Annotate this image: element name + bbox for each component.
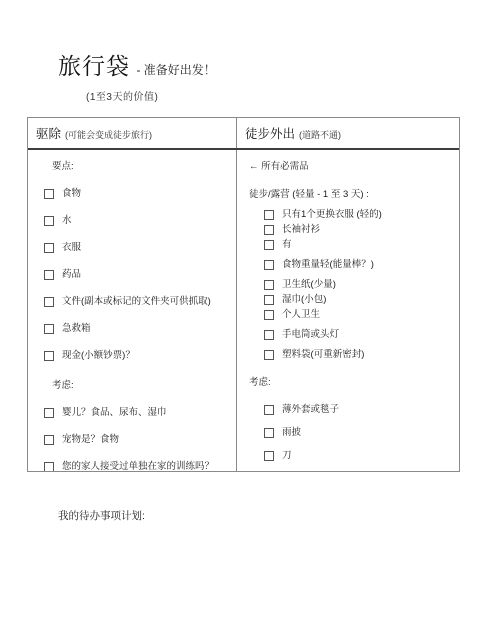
checkbox[interactable] (44, 243, 54, 253)
checkbox[interactable] (264, 428, 274, 438)
item-label: 手电筒或头灯 (282, 329, 339, 340)
checklist-item: 急救箱 (44, 323, 228, 334)
section-label: 考虑: (249, 374, 453, 388)
checkbox[interactable] (264, 310, 274, 320)
item-label: 湿巾(小包) (282, 294, 326, 305)
checkbox[interactable] (44, 462, 54, 472)
checkbox[interactable] (264, 350, 274, 360)
checkbox[interactable] (264, 260, 274, 270)
header-cell-driving: 驱除(可能会变成徒步旅行) (28, 118, 237, 148)
todo-heading: 我的待办事项计划: (58, 508, 145, 523)
title-suffix: - 准备好出发！ (136, 63, 215, 77)
item-label: 食物 (62, 188, 81, 199)
item-label: 药品 (62, 269, 81, 280)
checkbox[interactable] (44, 297, 54, 307)
checklist-group: 食物重量轻(能量棒？) (249, 259, 453, 270)
checkbox[interactable] (44, 435, 54, 445)
checklist-group: 卫生纸(少量)湿巾(小包)个人卫生 (249, 279, 453, 320)
section-label: 徒步/露营 (轻量 - 1 至 3 天) : (249, 186, 453, 200)
checkbox[interactable] (264, 295, 274, 305)
checklist-table: 驱除(可能会变成徒步旅行) 徒步外出(道路不通) 要点:食物水衣服药品文件(副本… (27, 117, 460, 472)
checklist-item: 宠物是？食物 (44, 434, 228, 445)
checklist-item: 只有1个更换衣服 (轻的) (249, 209, 453, 220)
item-label: 长袖衬衫 (282, 224, 320, 235)
checkbox[interactable] (264, 225, 274, 235)
item-label: 衣服 (62, 242, 81, 253)
checklist-item: 湿巾(小包) (249, 294, 453, 305)
item-label: 刀 (282, 450, 292, 461)
page-title: 旅行袋 - 准备好出发！ (58, 48, 216, 81)
checkbox[interactable] (264, 451, 274, 461)
checklist-item: 药品 (44, 269, 228, 280)
checklist-group: 薄外套或毯子雨披刀如果是其他露营装备，请考虑重量 (249, 404, 453, 471)
header-title: 驱除 (36, 127, 61, 141)
item-label: 雨披 (282, 427, 301, 438)
item-label: 现金(小额钞票)？ (62, 350, 135, 361)
checklist-item: 食物重量轻(能量棒？) (249, 259, 453, 270)
checklist-item: 食物 (44, 188, 228, 199)
checklist-item: 长袖衬衫 (249, 224, 453, 235)
item-label: 卫生纸(少量) (282, 279, 336, 290)
header-note: (道路不通) (299, 130, 341, 140)
checklist-item: 个人卫生 (249, 309, 453, 320)
checklist-item: 卫生纸(少量) (249, 279, 453, 290)
checklist-item: 您的家人接受过单独在家的训练吗？ (44, 461, 228, 471)
item-label: 婴儿？食品、尿布、湿巾 (62, 407, 167, 418)
checkbox[interactable] (264, 280, 274, 290)
checklist-item: 塑料袋(可重新密封) (249, 349, 453, 360)
item-label: 水 (62, 215, 72, 226)
item-label: 塑料袋(可重新密封) (282, 349, 364, 360)
checklist-group: 手电筒或头灯 (249, 329, 453, 340)
checkbox[interactable] (264, 405, 274, 415)
checkbox[interactable] (44, 216, 54, 226)
checklist-item: 文件(副本或标记的文件夹可供抓取) (44, 296, 228, 307)
table-header-row: 驱除(可能会变成徒步旅行) 徒步外出(道路不通) (28, 118, 459, 150)
checklist-item: 水 (44, 215, 228, 226)
item-label: 薄外套或毯子 (282, 404, 339, 415)
item-label: 只有1个更换衣服 (轻的) (282, 209, 382, 220)
checklist-item: 薄外套或毯子 (249, 404, 453, 415)
item-label: 急救箱 (62, 323, 91, 334)
subtitle: (1至3天的价值) (86, 88, 158, 103)
item-label: 有 (282, 239, 292, 250)
document-page: 旅行袋 - 准备好出发！ (1至3天的价值) 驱除(可能会变成徒步旅行) 徒步外… (0, 0, 494, 640)
checkbox[interactable] (264, 240, 274, 250)
header-note: (可能会变成徒步旅行) (65, 130, 152, 140)
table-body-row: 要点:食物水衣服药品文件(副本或标记的文件夹可供抓取)急救箱现金(小额钞票)？考… (28, 150, 459, 471)
checkbox[interactable] (44, 189, 54, 199)
header-title: 徒步外出 (245, 127, 295, 141)
title-text: 旅行袋 (58, 53, 130, 79)
item-label: 宠物是？食物 (62, 434, 119, 445)
item-label: 您的家人接受过单独在家的训练吗？ (62, 461, 214, 471)
header-cell-hiking: 徒步外出(道路不通) (237, 118, 459, 148)
checklist-item: 雨披 (249, 427, 453, 438)
checkbox[interactable] (264, 210, 274, 220)
checkbox[interactable] (44, 408, 54, 418)
checklist-group: 塑料袋(可重新密封) (249, 349, 453, 360)
checklist-group: 只有1个更换衣服 (轻的)长袖衬衫有 (249, 209, 453, 250)
item-label: 文件(副本或标记的文件夹可供抓取) (62, 296, 211, 307)
checkbox[interactable] (264, 330, 274, 340)
checkbox[interactable] (44, 270, 54, 280)
checklist-item: 手电筒或头灯 (249, 329, 453, 340)
item-label: 食物重量轻(能量棒？) (282, 259, 374, 270)
checklist-item: 有 (249, 239, 453, 250)
checklist-item: 刀 (249, 450, 453, 461)
arrow-note: ← 所有必需品 (249, 158, 453, 172)
checklist-item: 衣服 (44, 242, 228, 253)
column-hiking: ← 所有必需品徒步/露营 (轻量 - 1 至 3 天) :只有1个更换衣服 (轻… (237, 150, 459, 471)
column-driving: 要点:食物水衣服药品文件(副本或标记的文件夹可供抓取)急救箱现金(小额钞票)？考… (28, 150, 237, 471)
section-label: 要点: (44, 158, 228, 172)
checkbox[interactable] (44, 351, 54, 361)
checkbox[interactable] (44, 324, 54, 334)
section-label: 考虑: (44, 377, 228, 391)
checklist-group: 食物水衣服药品文件(副本或标记的文件夹可供抓取)急救箱现金(小额钞票)？ (44, 188, 228, 361)
checklist-item: 婴儿？食品、尿布、湿巾 (44, 407, 228, 418)
checklist-item: 现金(小额钞票)？ (44, 350, 228, 361)
item-label: 个人卫生 (282, 309, 320, 320)
checklist-group: 婴儿？食品、尿布、湿巾宠物是？食物您的家人接受过单独在家的训练吗？ (44, 407, 228, 471)
